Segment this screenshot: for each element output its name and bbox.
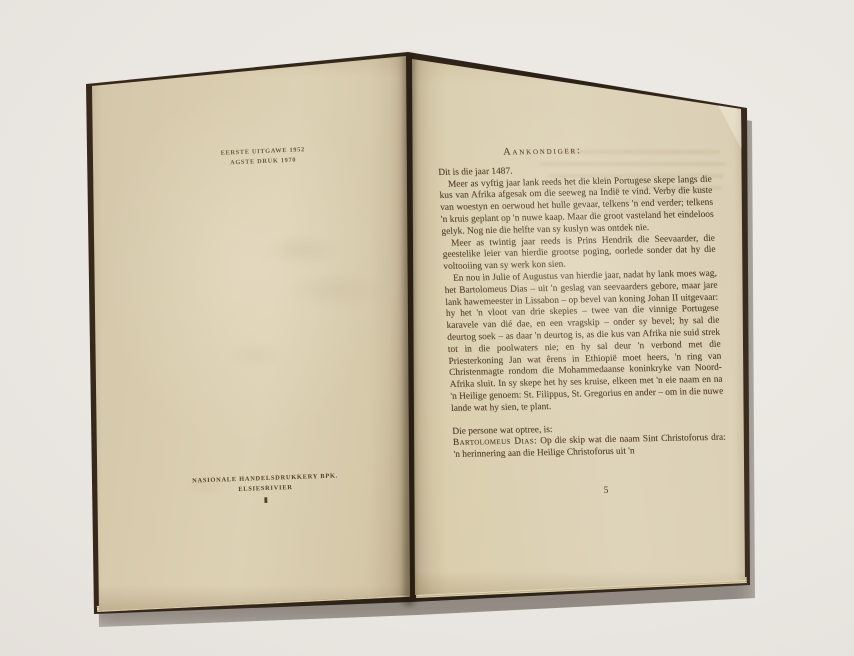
paragraph: Dit is die jaar 1487. (438, 163, 711, 180)
speaker-heading: Aankondiger: (437, 143, 710, 160)
printer-line-1: NASIONALE HANDELSDRUKKERY BPK. (178, 471, 353, 487)
ghost-line (540, 162, 725, 166)
cast-description: Op die skip wat die naam Sint Christofor… (453, 433, 726, 460)
edition-notice: EERSTE UITGAWE 1952 AGSTE DRUK 1970 (198, 144, 329, 169)
ghost-line (560, 150, 720, 154)
paragraph: Meer as vyftig jaar lank reeds het die k… (439, 174, 715, 238)
cast-name: Bartolomeus Dias: (453, 437, 538, 449)
edition-line-2: AGSTE DRUK 1970 (198, 154, 328, 169)
ghost-line (540, 186, 722, 190)
edition-line-1: EERSTE UITGAWE 1952 (198, 144, 328, 159)
left-page: EERSTE UITGAWE 1952 AGSTE DRUK 1970 NASI… (86, 55, 412, 613)
printer-line-2: ELSIESRIVIER (178, 481, 353, 497)
photo-background: EERSTE UITGAWE 1952 AGSTE DRUK 1970 NASI… (0, 0, 854, 656)
page-number: 5 (586, 486, 626, 496)
paragraph: Meer as twintig jaar reeds is Prins Hend… (442, 233, 717, 274)
page-text: Aankondiger: Dit is die jaar 1487. Meer … (437, 143, 727, 462)
paragraph: En nou in Julie of Augustus van hierdie … (444, 269, 724, 416)
cast-intro: Die persone wat optree, is: (452, 421, 725, 438)
printer-mark: ▮ (178, 492, 353, 508)
cast-entry: Bartolomeus Dias: Op die skip wat die na… (453, 433, 727, 462)
ghost-line (570, 210, 690, 214)
printer-imprint: NASIONALE HANDELSDRUKKERY BPK. ELSIESRIV… (178, 471, 354, 508)
ghost-line (548, 174, 723, 178)
ghost-line (544, 198, 694, 202)
right-page: Aankondiger: Dit is die jaar 1487. Meer … (410, 58, 748, 598)
book-gutter-shadow (400, 54, 418, 606)
show-through-ghost (540, 150, 728, 222)
